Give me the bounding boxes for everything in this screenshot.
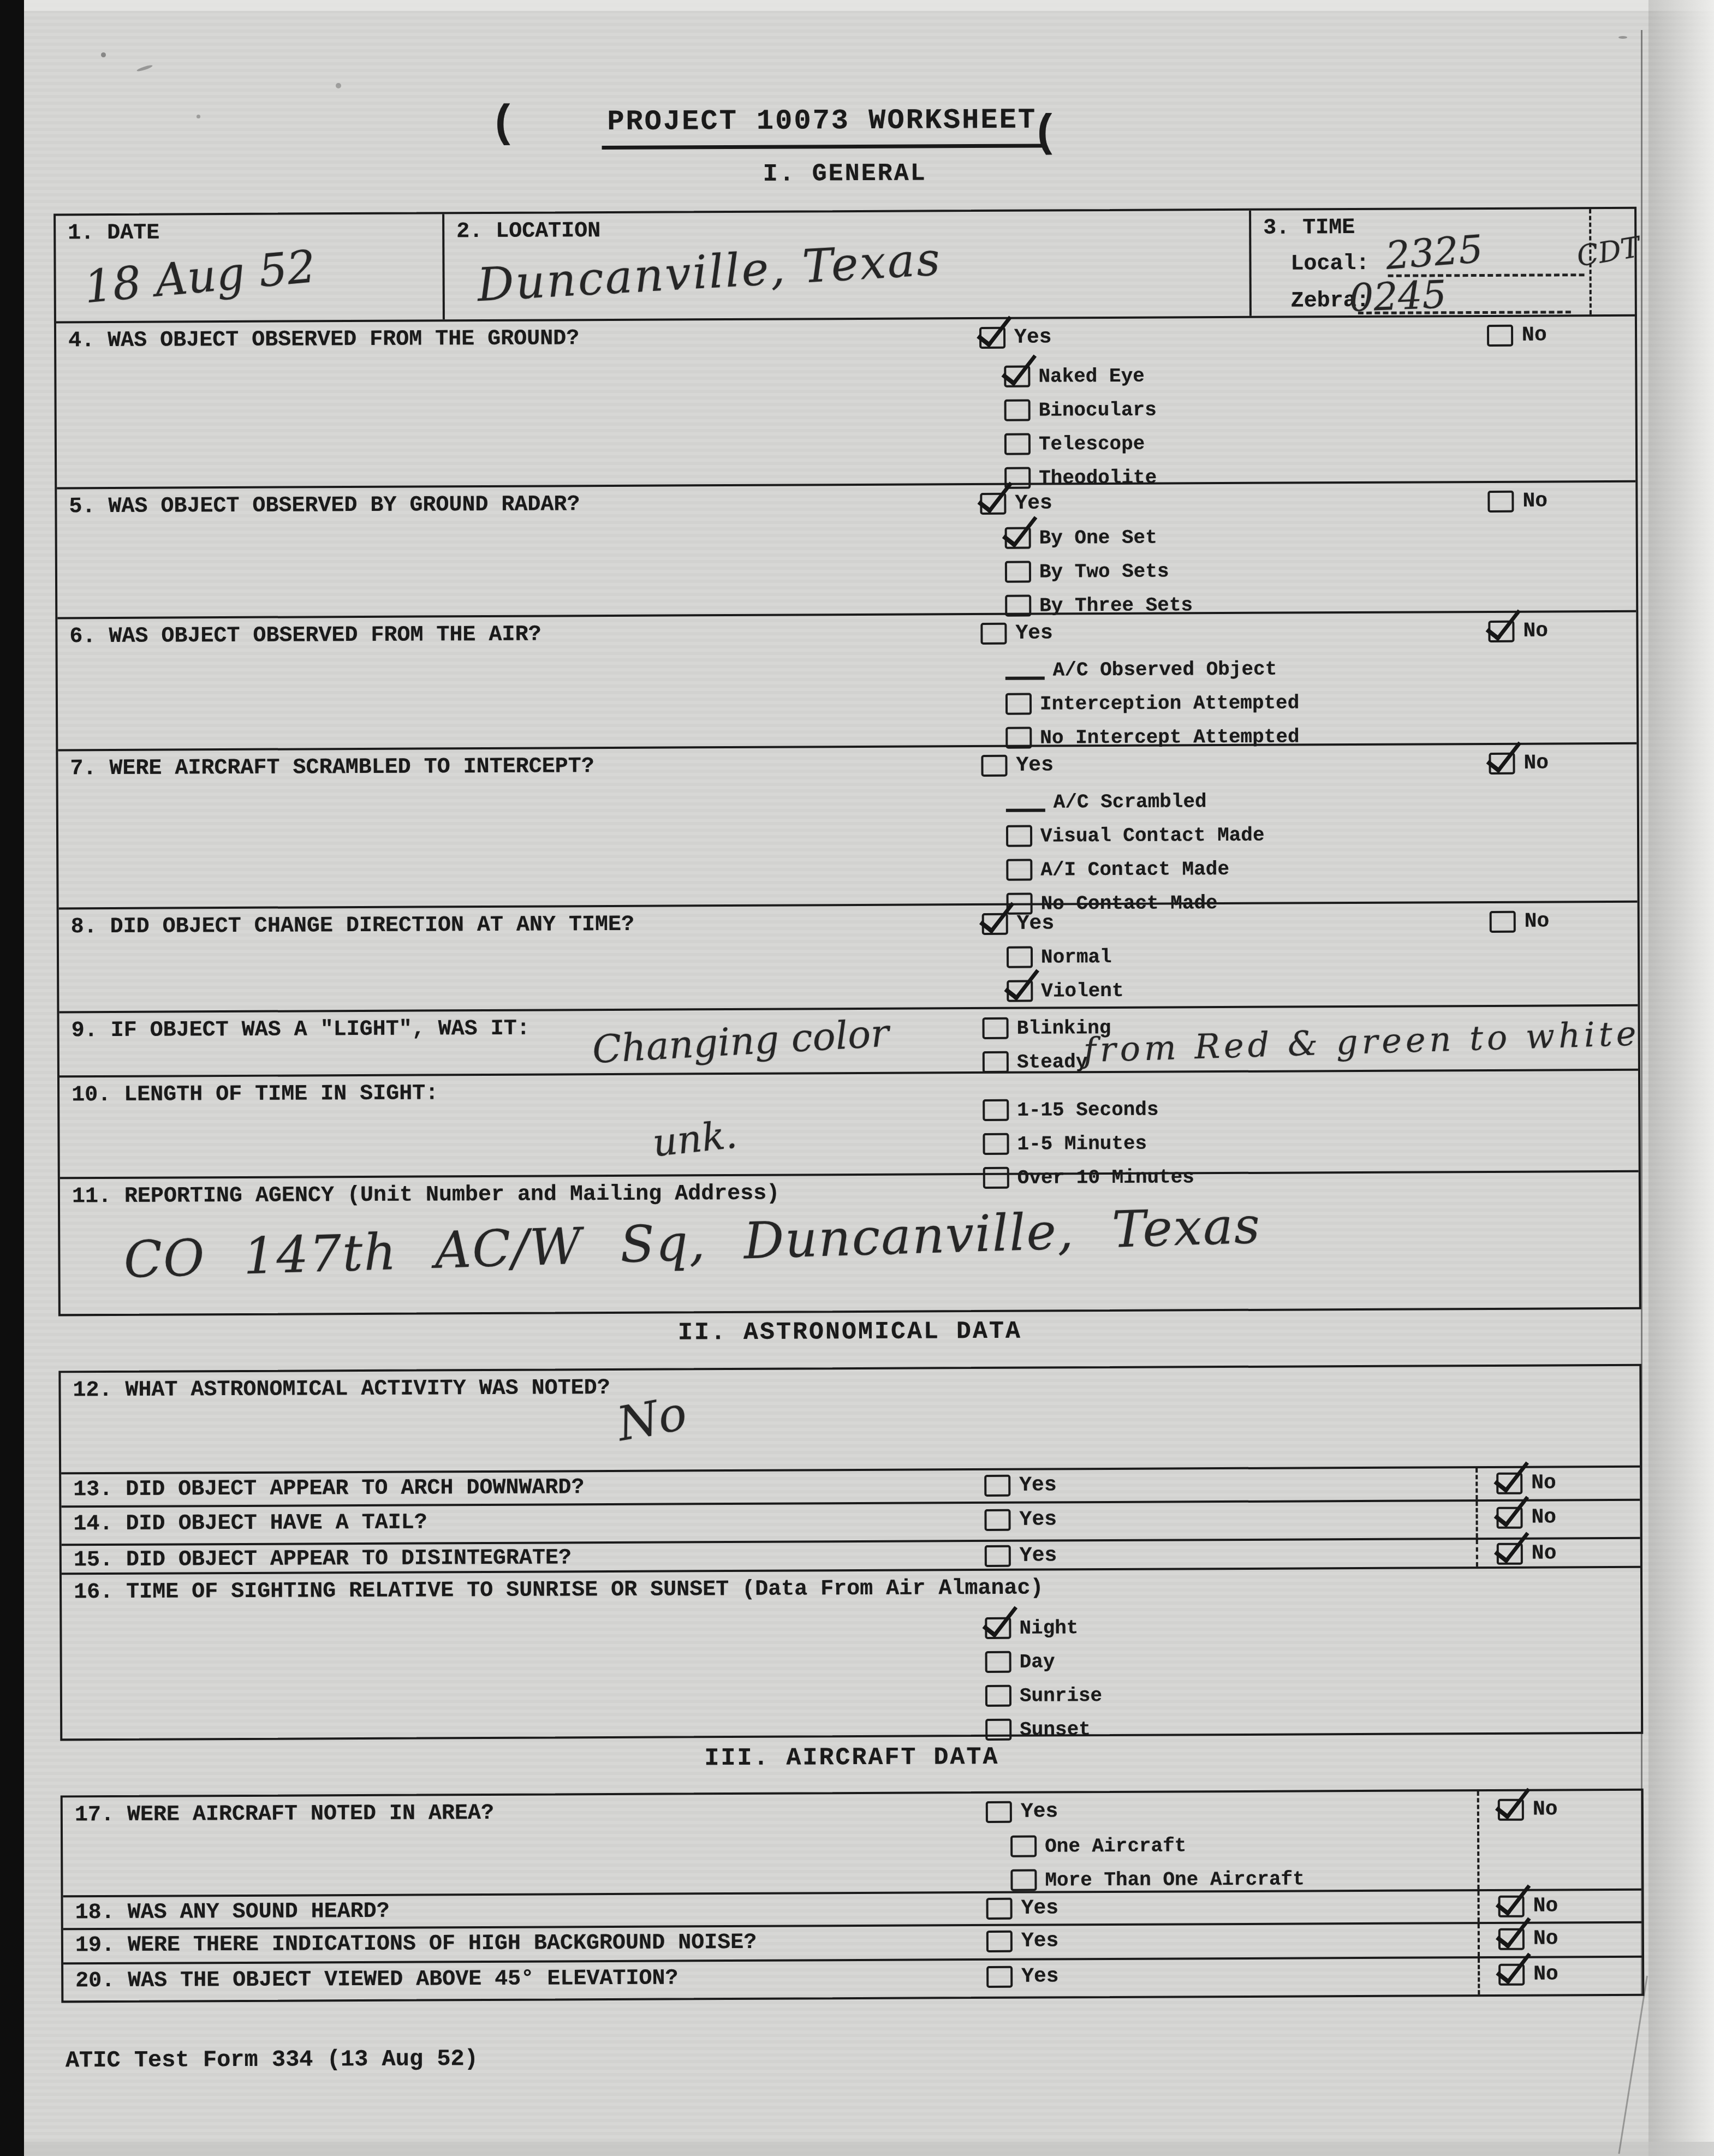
stray-paren-mark: (	[490, 99, 517, 150]
q19-no-cell: No	[1478, 1923, 1642, 1956]
option-label: A/C Observed Object	[1053, 658, 1277, 681]
no-label: No	[1522, 323, 1547, 347]
q7-no[interactable]: No	[1489, 751, 1549, 775]
handwritten-time-in-sight: unk.	[650, 1112, 739, 1165]
location-label: 2. LOCATION	[456, 219, 600, 244]
no-checkbox[interactable]	[1498, 1963, 1525, 1985]
option-by-one-set[interactable]: By One Set	[1005, 520, 1193, 555]
question-text: 18. WAS ANY SOUND HEARD?	[75, 1899, 390, 1926]
option-label: Interception Attempted	[1040, 692, 1299, 715]
checkbox[interactable]	[985, 1651, 1011, 1673]
question-text: 9. IF OBJECT WAS A "LIGHT", WAS IT:	[72, 1017, 530, 1044]
question-text: 12. WHAT ASTRONOMICAL ACTIVITY WAS NOTED…	[73, 1376, 610, 1403]
no-checkbox[interactable]	[1487, 324, 1513, 346]
no-checkbox[interactable]	[1497, 1542, 1523, 1564]
question-row-16: 16. TIME OF SIGHTING RELATIVE TO SUNRISE…	[62, 1566, 1641, 1739]
question-row-14: 14. DID OBJECT HAVE A TAIL? Yes No	[61, 1499, 1640, 1544]
q17-options: One Aircraft More Than One Aircraft	[1010, 1828, 1305, 1897]
no-checkbox[interactable]	[1488, 620, 1514, 642]
q6-options: A/C Observed Object Interception Attempt…	[1005, 652, 1300, 754]
q7-options: A/C Scrambled Visual Contact Made A/I Co…	[1006, 784, 1265, 921]
stray-paren-mark: (	[1032, 108, 1059, 159]
q8-no[interactable]: No	[1490, 909, 1550, 933]
option-one-aircraft[interactable]: One Aircraft	[1010, 1828, 1305, 1863]
form-title: PROJECT 10073 WORKSHEET	[602, 104, 1042, 150]
question-text: 11. REPORTING AGENCY (Unit Number and Ma…	[72, 1182, 779, 1210]
no-label: No	[1532, 1541, 1557, 1565]
q20-no[interactable]: No	[1498, 1962, 1558, 1986]
question-text: 19. WERE THERE INDICATIONS OF HIGH BACKG…	[75, 1931, 757, 1958]
checkbox[interactable]	[983, 1051, 1009, 1073]
form-number: ATIC Test Form 334 (13 Aug 52)	[66, 2046, 478, 2074]
yes-checkbox[interactable]	[985, 1545, 1011, 1567]
handwritten-local-time: 2325	[1384, 227, 1485, 278]
yes-checkbox[interactable]	[984, 1474, 1010, 1496]
scanned-form-page: ( PROJECT 10073 WORKSHEET ( I. GENERAL 1…	[0, 0, 1714, 2156]
astronomical-section-table: 12. WHAT ASTRONOMICAL ACTIVITY WAS NOTED…	[58, 1364, 1643, 1741]
checkbox[interactable]	[985, 1617, 1011, 1639]
q13-no[interactable]: No	[1496, 1471, 1556, 1494]
question-text: 7. WERE AIRCRAFT SCRAMBLED TO INTERCEPT?	[70, 754, 594, 781]
option-label: Visual Contact Made	[1040, 824, 1265, 847]
q18-no-cell: No	[1478, 1891, 1642, 1922]
option-label: Binoculars	[1039, 398, 1157, 421]
section-header-astronomical: II. ASTRONOMICAL DATA	[58, 1315, 1641, 1350]
option-day[interactable]: Day	[985, 1645, 1103, 1679]
question-row-8: 8. DID OBJECT CHANGE DIRECTION AT ANY TI…	[59, 901, 1638, 1011]
q20-no-cell: No	[1478, 1958, 1642, 1994]
checkbox[interactable]	[983, 1099, 1009, 1121]
option-label: Violent	[1041, 979, 1123, 1002]
checkbox[interactable]	[1005, 693, 1032, 715]
q4-no[interactable]: No	[1487, 323, 1547, 347]
checkbox[interactable]	[1006, 825, 1032, 847]
no-checkbox[interactable]	[1487, 490, 1514, 512]
option-sunset[interactable]: Sunset	[985, 1712, 1103, 1747]
question-text: 4. WAS OBJECT OBSERVED FROM THE GROUND?	[68, 326, 579, 353]
q17-no-cell: No	[1477, 1791, 1642, 1889]
checkbox[interactable]	[1010, 1836, 1037, 1857]
no-label: No	[1533, 1927, 1558, 1950]
checkbox[interactable]	[1004, 400, 1031, 421]
q15-yes[interactable]: Yes	[985, 1544, 1057, 1568]
no-label: No	[1525, 909, 1550, 933]
question-row-12: 12. WHAT ASTRONOMICAL ACTIVITY WAS NOTED…	[61, 1366, 1640, 1473]
question-row-20: 20. WAS THE OBJECT VIEWED ABOVE 45° ELEV…	[63, 1956, 1642, 2001]
option-1-15-seconds[interactable]: 1-15 Seconds	[983, 1092, 1194, 1127]
option-label: 1-15 Seconds	[1017, 1098, 1158, 1121]
yes-label: Yes	[1017, 912, 1055, 935]
blank-line	[1005, 660, 1045, 680]
q5-yes[interactable]: Yes	[980, 491, 1052, 515]
time-local-label: Local:	[1290, 252, 1369, 277]
option-label: By Two Sets	[1039, 560, 1169, 583]
no-label: No	[1523, 619, 1548, 642]
option-visual-contact-made[interactable]: Visual Contact Made	[1006, 818, 1265, 853]
option-label: Night	[1019, 1617, 1078, 1639]
checkbox[interactable]	[1010, 1869, 1037, 1891]
option-ac-observed-object[interactable]: A/C Observed Object	[1005, 652, 1300, 687]
question-row-4: 4. WAS OBJECT OBSERVED FROM THE GROUND? …	[56, 314, 1635, 487]
option-ac-scrambled[interactable]: A/C Scrambled	[1006, 784, 1265, 819]
question-text: 15. DID OBJECT APPEAR TO DISINTEGRATE?	[74, 1546, 572, 1573]
q8-yes[interactable]: Yes	[982, 912, 1055, 936]
option-label: By One Set	[1039, 526, 1157, 549]
yes-label: Yes	[1014, 325, 1052, 349]
q5-options: By One Set By Two Sets By Three Sets	[1005, 520, 1193, 622]
checkbox[interactable]	[1006, 859, 1032, 881]
no-label: No	[1533, 1894, 1558, 1917]
q7-yes[interactable]: Yes	[981, 753, 1054, 777]
yes-checkbox[interactable]	[980, 622, 1007, 644]
aircraft-section-table: 17. WERE AIRCRAFT NOTED IN AREA? Yes No …	[61, 1789, 1645, 2003]
checkbox[interactable]	[1004, 433, 1031, 455]
q17-yes[interactable]: Yes	[986, 1800, 1058, 1824]
no-checkbox[interactable]	[1489, 752, 1515, 774]
question-text: 8. DID OBJECT CHANGE DIRECTION AT ANY TI…	[71, 913, 634, 940]
yes-checkbox[interactable]	[979, 326, 1005, 348]
option-1-5-minutes[interactable]: 1-5 Minutes	[983, 1126, 1194, 1161]
question-row-7: 7. WERE AIRCRAFT SCRAMBLED TO INTERCEPT?…	[58, 742, 1637, 908]
option-label: A/C Scrambled	[1054, 790, 1207, 813]
option-by-two-sets[interactable]: By Two Sets	[1005, 554, 1193, 588]
no-label: No	[1531, 1505, 1556, 1529]
option-naked-eye[interactable]: Naked Eye	[1004, 359, 1156, 394]
yes-checkbox[interactable]	[982, 913, 1008, 934]
yes-label: Yes	[1021, 1929, 1059, 1952]
question-row-5: 5. WAS OBJECT OBSERVED BY GROUND RADAR? …	[57, 480, 1636, 617]
q6-no[interactable]: No	[1488, 619, 1548, 642]
checkbox[interactable]	[985, 1719, 1011, 1741]
q20-yes[interactable]: Yes	[986, 1964, 1059, 1988]
yes-checkbox[interactable]	[986, 1966, 1013, 1987]
option-telescope[interactable]: Telescope	[1004, 427, 1157, 461]
general-section-table: 1. DATE 2. LOCATION 3. TIME Local: Zebra…	[53, 207, 1641, 1317]
option-label: A/I Contact Made	[1040, 858, 1229, 882]
yes-label: Yes	[1015, 621, 1053, 645]
question-text: 14. DID OBJECT HAVE A TAIL?	[73, 1510, 427, 1536]
question-row-10: 10. LENGTH OF TIME IN SIGHT: 1-15 Second…	[59, 1069, 1639, 1177]
no-label: No	[1531, 1471, 1556, 1494]
checkbox[interactable]	[1005, 527, 1031, 549]
option-label: Sunrise	[1020, 1684, 1102, 1707]
question-text: 5. WAS OBJECT OBSERVED BY GROUND RADAR?	[69, 492, 580, 519]
yes-checkbox[interactable]	[984, 1509, 1010, 1530]
question-text: 16. TIME OF SIGHTING RELATIVE TO SUNRISE…	[74, 1576, 1043, 1605]
q15-no-cell: No	[1476, 1539, 1640, 1567]
option-label: More Than One Aircraft	[1045, 1868, 1304, 1891]
question-row-6: 6. WAS OBJECT OBSERVED FROM THE AIR? Yes…	[57, 610, 1636, 749]
option-label: Naked Eye	[1038, 365, 1145, 388]
q17-no[interactable]: No	[1498, 1797, 1558, 1821]
question-text: 6. WAS OBJECT OBSERVED FROM THE AIR?	[69, 623, 541, 650]
handwritten-zebra-time: 0245	[1348, 272, 1447, 320]
option-label: One Aircraft	[1045, 1835, 1186, 1857]
option-label: Sunset	[1020, 1718, 1091, 1741]
yes-checkbox[interactable]	[986, 1801, 1012, 1823]
option-sunrise[interactable]: Sunrise	[985, 1678, 1103, 1713]
checkbox[interactable]	[985, 1685, 1011, 1707]
no-label: No	[1523, 751, 1549, 775]
blank-line	[1006, 792, 1045, 812]
checkbox[interactable]	[983, 1017, 1009, 1039]
q4-options: Naked Eye Binoculars Telescope Theodolit…	[1004, 359, 1157, 495]
yes-checkbox[interactable]	[980, 492, 1006, 514]
section-header-aircraft: III. AIRCRAFT DATA	[60, 1741, 1643, 1776]
q14-yes[interactable]: Yes	[984, 1508, 1057, 1532]
option-label: Day	[1020, 1651, 1055, 1673]
yes-checkbox[interactable]	[986, 1930, 1013, 1952]
q15-no[interactable]: No	[1497, 1541, 1557, 1565]
q8-options: Normal Violent	[1007, 940, 1124, 1008]
yes-checkbox[interactable]	[986, 1897, 1013, 1919]
option-night[interactable]: Night	[985, 1611, 1102, 1645]
question-text: 20. WAS THE OBJECT VIEWED ABOVE 45° ELEV…	[75, 1966, 678, 1993]
yes-label: Yes	[1021, 1896, 1059, 1920]
no-checkbox[interactable]	[1496, 1506, 1522, 1528]
q19-no[interactable]: No	[1498, 1927, 1558, 1950]
no-label: No	[1522, 489, 1548, 513]
q5-no[interactable]: No	[1487, 489, 1548, 513]
q16-options: Night Day Sunrise Sunset	[985, 1611, 1102, 1747]
q14-no[interactable]: No	[1496, 1505, 1556, 1529]
question-text: 17. WERE AIRCRAFT NOTED IN AREA?	[75, 1801, 494, 1827]
option-interception-attempted[interactable]: Interception Attempted	[1005, 686, 1300, 720]
date-label: 1. DATE	[68, 221, 159, 246]
option-violent[interactable]: Violent	[1007, 974, 1124, 1008]
q14-no-cell: No	[1475, 1501, 1640, 1538]
question-row-17: 17. WERE AIRCRAFT NOTED IN AREA? Yes No …	[63, 1791, 1642, 1896]
q4-yes[interactable]: Yes	[979, 325, 1052, 349]
question-text: 10. LENGTH OF TIME IN SIGHT:	[72, 1081, 438, 1107]
checkbox[interactable]	[1004, 366, 1030, 388]
option-label: Steady	[1017, 1051, 1088, 1074]
checkbox[interactable]	[1005, 561, 1031, 583]
yes-label: Yes	[1021, 1964, 1059, 1988]
option-label: Telescope	[1039, 432, 1145, 455]
yes-label: Yes	[1015, 491, 1052, 515]
q13-yes[interactable]: Yes	[984, 1473, 1057, 1497]
q19-yes[interactable]: Yes	[986, 1929, 1059, 1953]
yes-label: Yes	[1021, 1800, 1058, 1823]
option-label: 1-5 Minutes	[1017, 1132, 1147, 1155]
option-label: Normal	[1041, 945, 1112, 968]
no-checkbox[interactable]	[1490, 910, 1516, 932]
q18-no[interactable]: No	[1498, 1894, 1558, 1917]
checkbox[interactable]	[1007, 980, 1033, 1002]
option-binoculars[interactable]: Binoculars	[1004, 393, 1157, 427]
yes-label: Yes	[1019, 1508, 1057, 1531]
scan-edge-left	[0, 0, 24, 2156]
no-label: No	[1533, 1962, 1558, 1986]
yes-label: Yes	[1019, 1473, 1057, 1497]
yes-label: Yes	[1020, 1544, 1057, 1567]
option-ai-contact-made[interactable]: A/I Contact Made	[1006, 852, 1265, 887]
q6-yes[interactable]: Yes	[980, 621, 1053, 645]
yes-checkbox[interactable]	[981, 754, 1007, 776]
no-label: No	[1533, 1797, 1558, 1821]
yes-label: Yes	[1016, 753, 1054, 777]
q13-no-cell: No	[1475, 1468, 1640, 1499]
question-text: 13. DID OBJECT APPEAR TO ARCH DOWNWARD?	[73, 1475, 584, 1502]
q18-yes[interactable]: Yes	[986, 1896, 1059, 1920]
checkbox[interactable]	[983, 1133, 1009, 1155]
no-checkbox[interactable]	[1498, 1798, 1524, 1820]
time-label: 3. TIME	[1263, 216, 1355, 241]
section-header-general: I. GENERAL	[53, 157, 1636, 192]
